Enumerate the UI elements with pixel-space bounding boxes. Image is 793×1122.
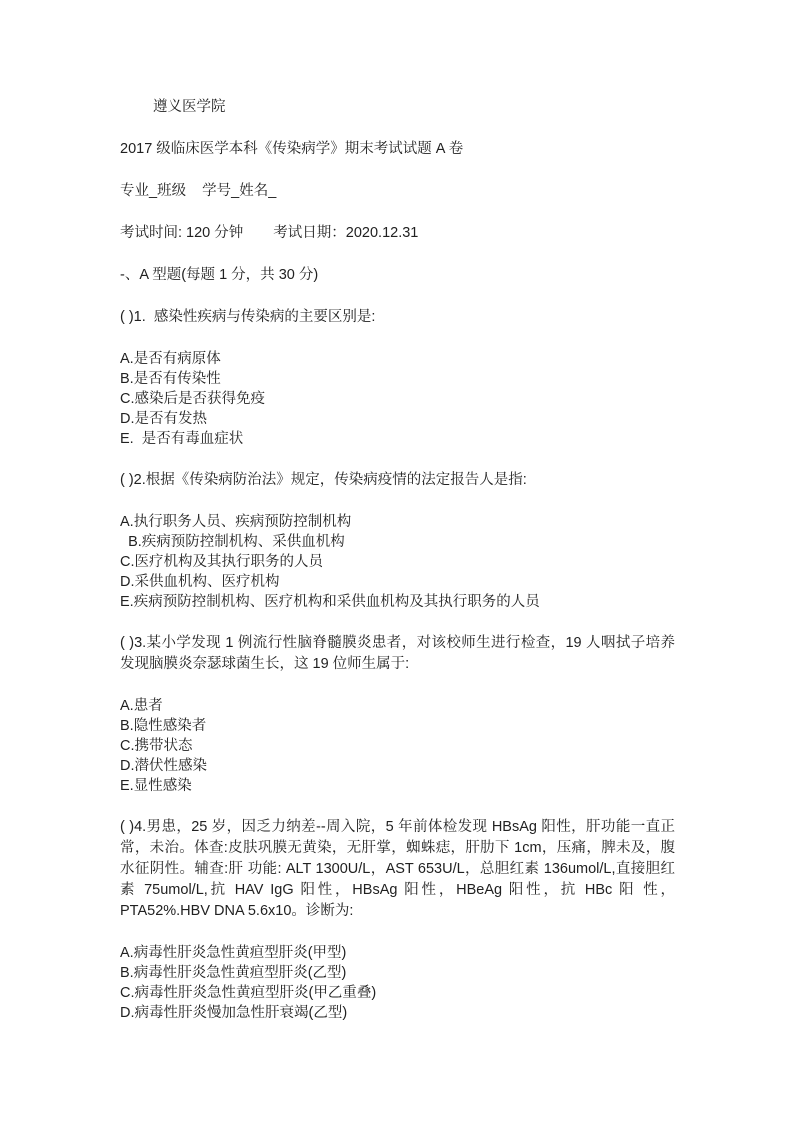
question-1-option-e: E. 是否有毒血症状: [120, 429, 675, 449]
question-3-options: A.患者 B.隐性感染者 C.携带状态 D.潜伏性感染 E.显性感染: [120, 696, 675, 796]
exam-title: 2017 级临床医学本科《传染病学》期末考试试题 A 卷: [120, 139, 675, 160]
question-2-option-c: C.医疗机构及其执行职务的人员: [120, 552, 675, 572]
student-info-line: 专业_班级 学号_姓名_: [120, 181, 675, 202]
question-1-options: A.是否有病原体 B.是否有传染性 C.感染后是否获得免疫 D.是否有发热 E.…: [120, 349, 675, 449]
question-2-option-b: B.疾病预防控制机构、采供血机构: [120, 532, 675, 552]
question-3-option-c: C.携带状态: [120, 736, 675, 756]
question-3-option-d: D.潜伏性感染: [120, 756, 675, 776]
section-a-header: -、A 型题(每题 1 分，共 30 分): [120, 265, 675, 286]
question-2: ( )2.根据《传染病防治法》规定，传染病疫情的法定报告人是指: A.执行职务人…: [120, 470, 675, 612]
exam-paper-page: 遵义医学院 2017 级临床医学本科《传染病学》期末考试试题 A 卷 专业_班级…: [0, 0, 793, 1122]
question-1-option-c: C.感染后是否获得免疫: [120, 389, 675, 409]
question-1: ( )1. 感染性疾病与传染病的主要区别是: A.是否有病原体 B.是否有传染性…: [120, 307, 675, 449]
question-3-option-b: B.隐性感染者: [120, 716, 675, 736]
question-3: ( )3.某小学发现 1 例流行性脑脊髓膜炎患者，对该校师生进行检查，19 人咽…: [120, 633, 675, 796]
question-2-stem: ( )2.根据《传染病防治法》规定，传染病疫情的法定报告人是指:: [120, 470, 675, 491]
question-4-option-c: C.病毒性肝炎急性黄疸型肝炎(甲乙重叠): [120, 983, 675, 1003]
question-1-option-a: A.是否有病原体: [120, 349, 675, 369]
question-3-option-e: E.显性感染: [120, 776, 675, 796]
question-4-option-a: A.病毒性肝炎急性黄疸型肝炎(甲型): [120, 943, 675, 963]
exam-time-label: 考试时间: 120 分钟: [120, 225, 243, 241]
question-4-option-d: D.病毒性肝炎慢加急性肝衰竭(乙型): [120, 1003, 675, 1023]
question-4-stem: ( )4.男患，25 岁，因乏力纳差--周入院，5 年前体检发现 HBsAg 阳…: [120, 817, 675, 922]
question-2-options: A.执行职务人员、疾病预防控制机构 B.疾病预防控制机构、采供血机构 C.医疗机…: [120, 512, 675, 612]
question-2-option-a: A.执行职务人员、疾病预防控制机构: [120, 512, 675, 532]
question-2-option-e: E.疾病预防控制机构、医疗机构和采供血机构及其执行职务的人员: [120, 592, 675, 612]
school-name: 遵义医学院: [120, 97, 675, 118]
question-1-stem: ( )1. 感染性疾病与传染病的主要区别是:: [120, 307, 675, 328]
question-3-option-a: A.患者: [120, 696, 675, 716]
question-2-option-d: D.采供血机构、医疗机构: [120, 572, 675, 592]
question-1-option-d: D.是否有发热: [120, 409, 675, 429]
question-4-option-b: B.病毒性肝炎急性黄疸型肝炎(乙型): [120, 963, 675, 983]
question-3-stem: ( )3.某小学发现 1 例流行性脑脊髓膜炎患者，对该校师生进行检查，19 人咽…: [120, 633, 675, 675]
question-4: ( )4.男患，25 岁，因乏力纳差--周入院，5 年前体检发现 HBsAg 阳…: [120, 817, 675, 1023]
question-1-option-b: B.是否有传染性: [120, 369, 675, 389]
question-4-options: A.病毒性肝炎急性黄疸型肝炎(甲型) B.病毒性肝炎急性黄疸型肝炎(乙型) C.…: [120, 943, 675, 1023]
exam-meta-line: 考试时间: 120 分钟考试日期：2020.12.31: [120, 223, 675, 244]
exam-date-label: 考试日期：2020.12.31: [273, 225, 418, 241]
